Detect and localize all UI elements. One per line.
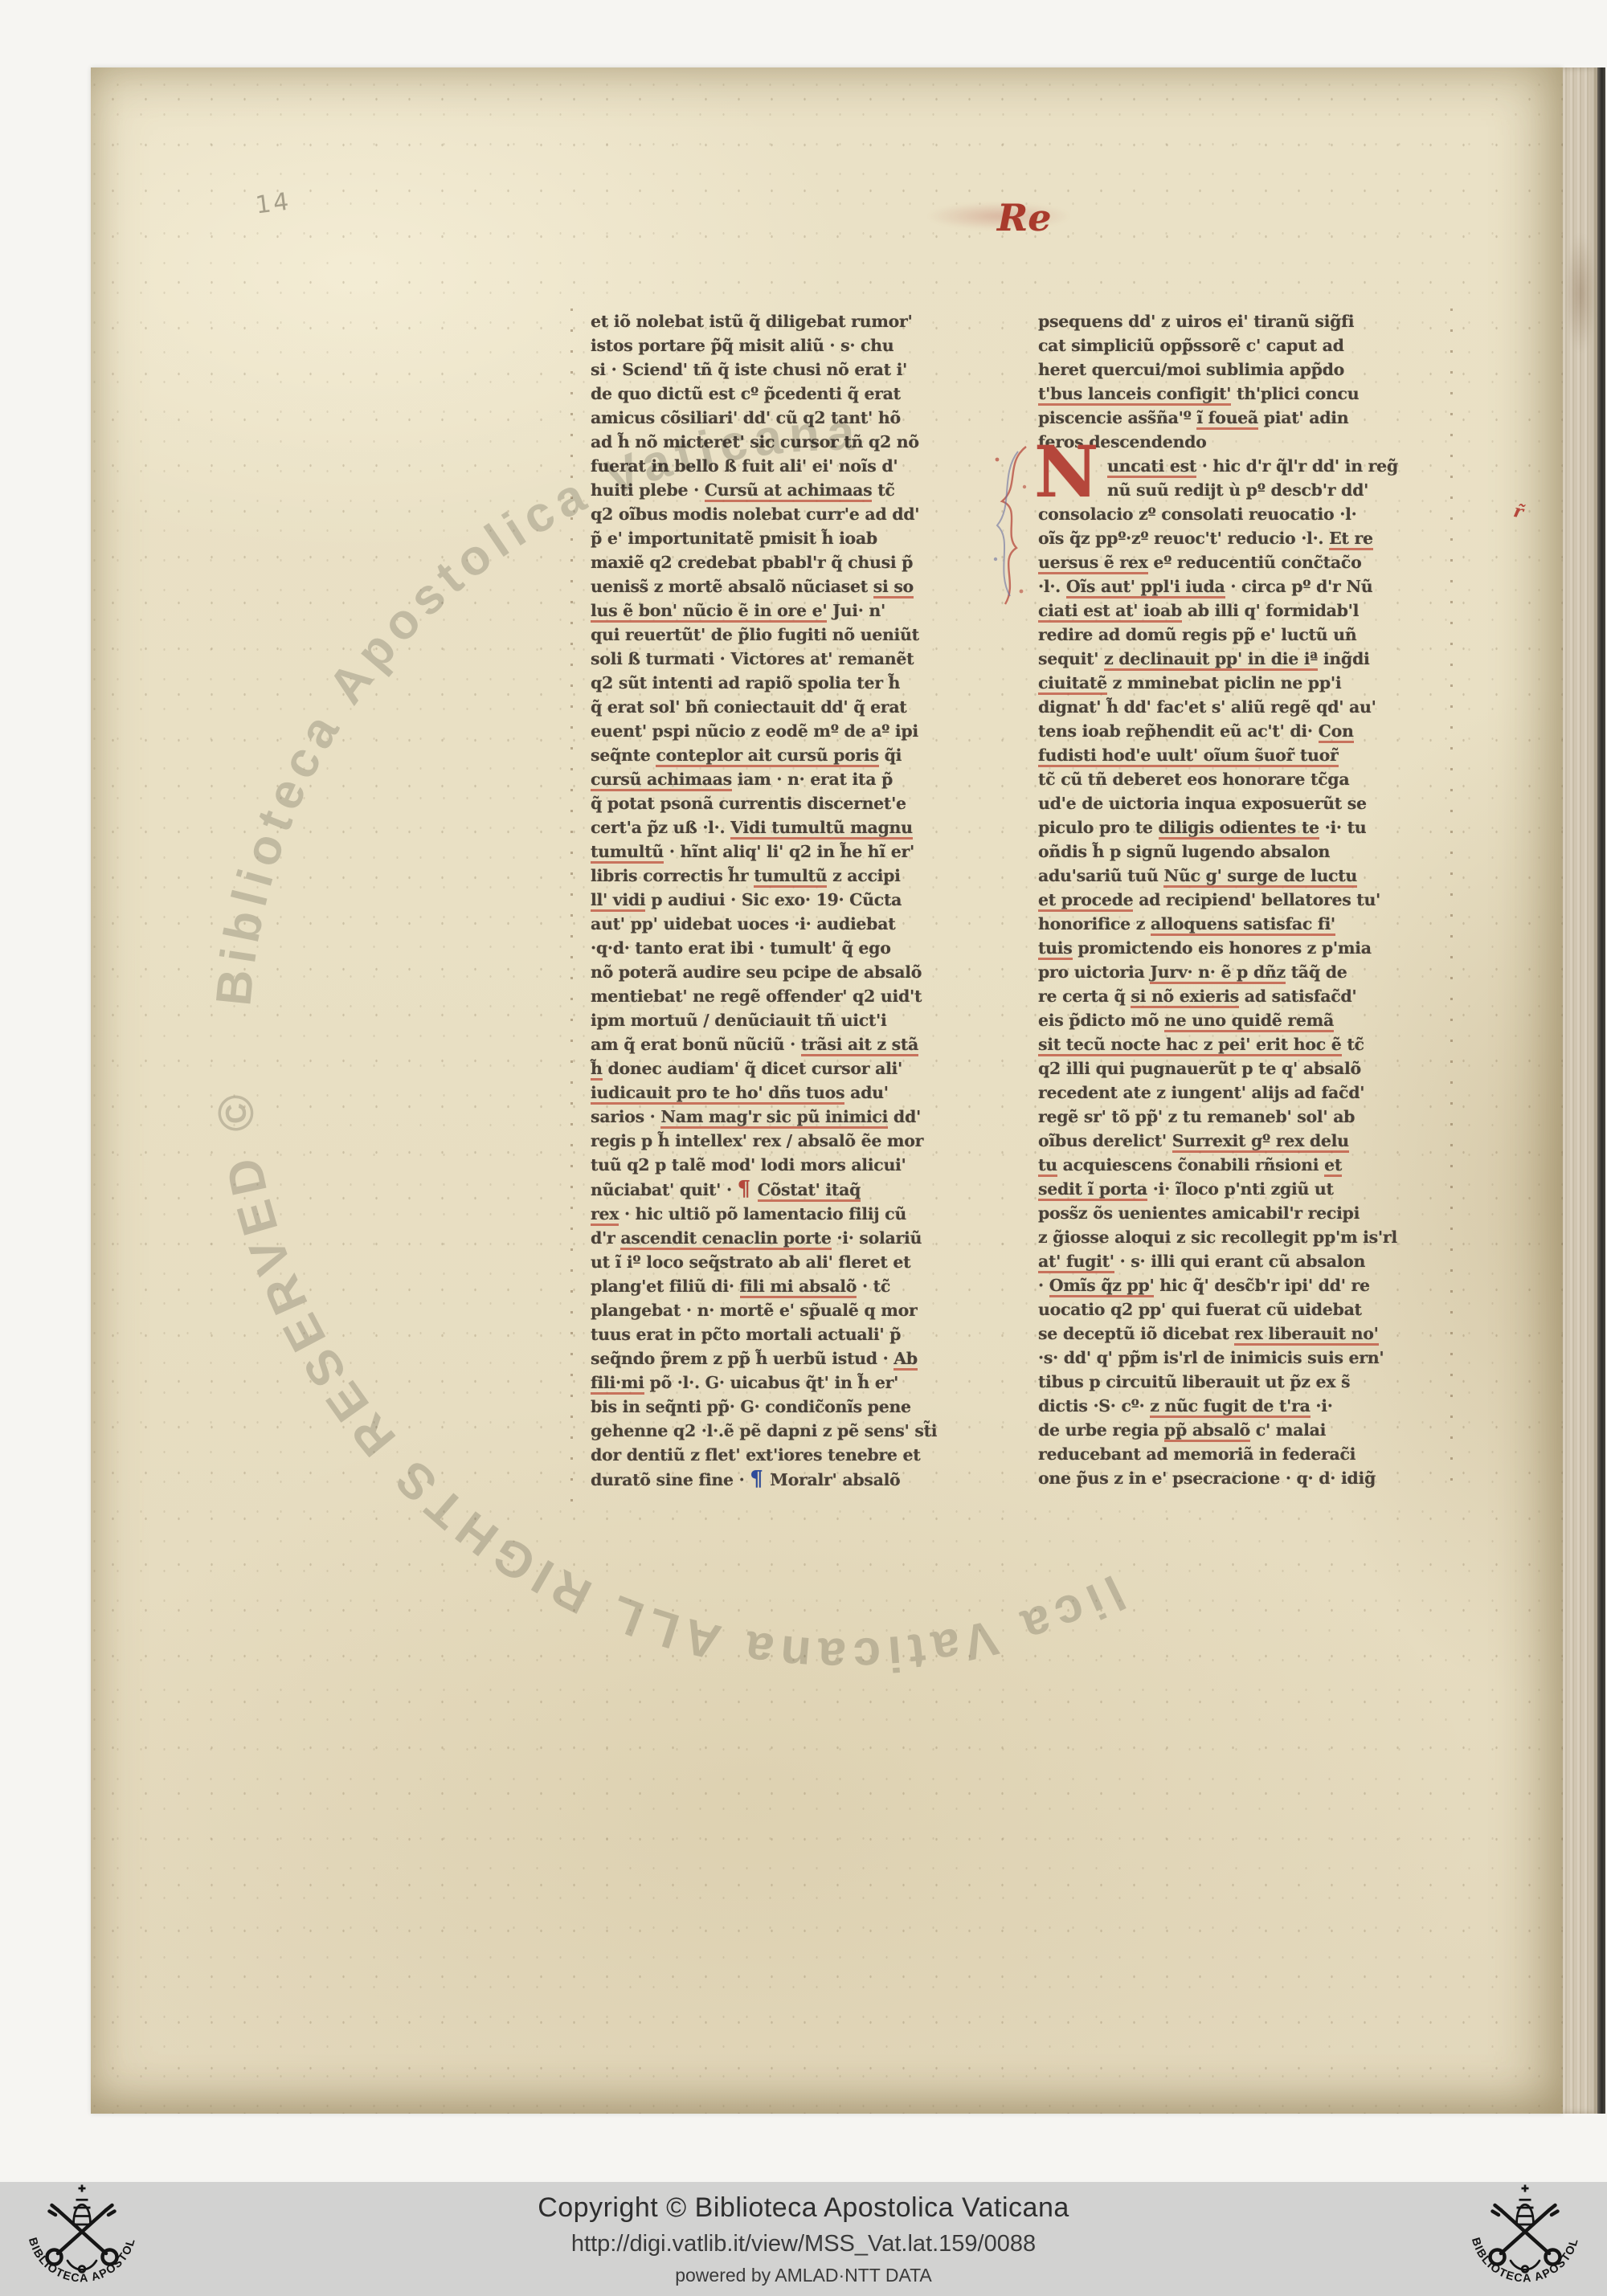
manuscript-text: z accipi (827, 866, 900, 885)
manuscript-line: gehenne q2 ·l·.ẽ pẽ dapni z pẽ sens' … (591, 1419, 967, 1443)
manuscript-text: oñdis h̃ p signũ lugendo absalon (1038, 842, 1330, 861)
rubricated-text: fili·mi (591, 1373, 644, 1395)
rubricated-text: z declinauit pp' in die iª (1104, 649, 1318, 671)
manuscript-line: q2 sũt intenti ad rapiõ spolia ter h̃ (591, 671, 967, 695)
vatican-library-logo-left: BIBLIOTECA APOSTOLICA VATICANA (18, 2184, 146, 2294)
manuscript-text: duratõ sine fine · (591, 1470, 750, 1489)
rubricated-text: tu (1038, 1155, 1057, 1177)
manuscript-text: · hĩnt aliq' li' q2 in h̃e hĩ er' (664, 842, 914, 861)
manuscript-text: plangebat · n· mortẽ e' sp̃ualẽ q mor (591, 1301, 918, 1320)
manuscript-line: fuerat in bello ß fuit ali' ei' noĩs d' (591, 454, 967, 478)
manuscript-line: soli ß turmati · Victores at' remanẽt (591, 647, 967, 671)
manuscript-line: uersus ẽ rex eº reducentiũ conc̃tac̃o (1038, 550, 1414, 574)
manuscript-line: q̃ erat sol' bñ coniectauit dd' q̃ erat (591, 695, 967, 719)
manuscript-text: recedent ate z iungent' alijs ad fac̃d' (1038, 1083, 1364, 1102)
running-header: Re (997, 196, 1052, 239)
manuscript-line: regẽ sr' tõ pp̃' z tu remaneb' sol' ab (1038, 1105, 1414, 1129)
manuscript-line: sarios · Nam mag'r sic pũ inimici dd' (591, 1105, 967, 1129)
rubricated-text: et procede (1038, 890, 1133, 912)
manuscript-line: q̃ potat psonã currentis discernet'e (591, 791, 967, 815)
manuscript-line: seq̃ndo p̃rem z pp̃ h̃ uerbũ istud · Ab (591, 1346, 967, 1371)
manuscript-line: cursũ achimaas iam · n· erat ita p̃ (591, 767, 967, 791)
left-text-column: et iõ nolebat istũ q̃ diligebat rumor'… (591, 309, 967, 1492)
manuscript-line: ·q·d· tanto erat ibi · tumult' q̃ ego (591, 936, 967, 960)
manuscript-text: tc̃ (872, 480, 894, 500)
manuscript-text: q2 illi qui pugnauerũt p te q' absalõ (1038, 1059, 1361, 1078)
manuscript-text: ·s· dd' q' pp̃m is'rl de inimicis suis e… (1038, 1348, 1384, 1367)
manuscript-line: fili·mi põ ·l·. G· uicabus q̃t' in h̃ e… (591, 1371, 967, 1395)
manuscript-line: iudicauit pro te ho' dñs tuos adu' (591, 1081, 967, 1105)
manuscript-text: heret quercui/moi sublimia app̃do (1038, 360, 1344, 379)
rubricated-text: Et re (1329, 529, 1373, 550)
rubricated-text: tumultũ (754, 866, 827, 888)
rubricated-text: Cursũ at achimaas (705, 480, 873, 502)
manuscript-text: dictis ·S· cº· (1038, 1396, 1150, 1416)
manuscript-text: qui reuertũt' de p̃lio fugiti nõ ueniu… (591, 625, 919, 644)
manuscript-text: th'plici concu (1231, 384, 1359, 403)
papal-tiara-icon (1517, 2185, 1534, 2225)
rubricated-text: Nam mag'r sic pũ inimici (660, 1107, 888, 1129)
manuscript-text: põ ·l·. G· uicabus q̃t' in h̃ er' (644, 1373, 898, 1392)
manuscript-line: duratõ sine fine · ¶ Moralr' absalõ (591, 1467, 967, 1492)
manuscript-line: nũciabat' quit' · ¶ Cõstat' itaq̃ (591, 1177, 967, 1202)
manuscript-text: · circa pº d'r Nũ (1225, 577, 1373, 596)
manuscript-text: plang'et filiũ di· (591, 1277, 740, 1296)
rubricated-text: uersus ẽ rex (1038, 553, 1148, 574)
rubricated-text: Omĩs q̃z pp' (1049, 1276, 1155, 1297)
manuscript-text: amicus cõsiliari' dd' cũ q2 tant' hõ (591, 408, 901, 427)
rubricated-text: fili mi absalõ (740, 1277, 857, 1298)
manuscript-text: tuũ q2 p talẽ mod' lodi mors alicui' (591, 1155, 906, 1175)
manuscript-line: oñdis h̃ p signũ lugendo absalon (1038, 840, 1414, 864)
manuscript-text: soli ß turmati · Victores at' remanẽt (591, 649, 914, 668)
manuscript-text: dor dentiũ z flet' ext'iores tenebre et (591, 1445, 920, 1465)
manuscript-text: seq̃ndo p̃rem z pp̃ h̃ uerbũ istud · (591, 1349, 893, 1368)
manuscript-line: amicus cõsiliari' dd' cũ q2 tant' hõ (591, 406, 967, 430)
footer-powered-by: powered by AMLAD·NTT DATA (675, 2265, 932, 2286)
manuscript-line: aut' pp' uidebat uoces ·i· audiebat (591, 912, 967, 936)
rubricated-text: Cõstat' itaq̃ (758, 1180, 861, 1202)
manuscript-text: mentiebat' ne regẽ offender' q2 uid't (591, 987, 922, 1006)
manuscript-text: · (1038, 1276, 1049, 1295)
manuscript-text: · hic ultiõ põ lamentacio filij cũ (619, 1204, 906, 1224)
manuscript-line: de quo dictũ est cº p̃cedenti q̃ erat (591, 382, 967, 406)
rubricated-text: ne uno quidẽ remã (1164, 1011, 1334, 1032)
manuscript-line: sedit ĩ porta ·i· ĩloco p'nti zgiũ ut (1038, 1177, 1414, 1201)
manuscript-line: seq̃nte conteplor ait cursũ poris q̃i (591, 743, 967, 767)
manuscript-text: et iõ nolebat istũ q̃ diligebat rumor' (591, 312, 913, 331)
manuscript-text: tuus erat in pc̃to mortali actuali' p̃ (591, 1325, 901, 1344)
rubricated-text: tumultũ (591, 842, 664, 864)
manuscript-line: dor dentiũ z flet' ext'iores tenebre et (591, 1443, 967, 1467)
manuscript-text: promictendo eis honores z p'mia (1073, 938, 1372, 958)
rubricated-text: rex liberauit no' (1234, 1324, 1378, 1346)
manuscript-line: lus ẽ bon' nũcio ẽ in ore e' Jui· n' (591, 599, 967, 623)
rubricated-text: Con (1319, 721, 1354, 743)
manuscript-line: redire ad domũ regis pp̃ e' luctũ uñ (1038, 623, 1414, 647)
manuscript-line: sit tecũ nocte hac z pei' erit hoc ẽ t… (1038, 1032, 1414, 1056)
manuscript-text: ud'e de uictoria inqua exposuerũt se (1038, 794, 1367, 813)
manuscript-line: tuus erat in pc̃to mortali actuali' p̃ (591, 1322, 967, 1346)
rubricated-text: trãsi ait z stã (801, 1035, 918, 1056)
manuscript-text: Jui· n' (827, 601, 885, 620)
manuscript-text: nũ suũ redijt ù pº descb'r dd' (1107, 480, 1368, 500)
manuscript-line: oĩs q̃z ppº·zº reuoc't' reducio ·l·. Et… (1038, 526, 1414, 550)
manuscript-text: tãq̃ de (1286, 962, 1347, 982)
manuscript-line: bis in seq̃nti pp̃· G· condic̃onĩs pene (591, 1395, 967, 1419)
manuscript-line: rex · hic ultiõ põ lamentacio filij cu… (591, 1202, 967, 1226)
manuscript-text: ·l·. (1038, 577, 1066, 596)
manuscript-line: honorifice z alloquens satisfac fi' (1038, 912, 1414, 936)
manuscript-line: q2 oĩbus modis nolebat curr'e ad dd' (591, 502, 967, 526)
manuscript-text: ·q·d· tanto erat ibi · tumult' q̃ ego (591, 938, 891, 958)
manuscript-line: nõ poterã audire seu pcipe de absalõ (591, 960, 967, 984)
manuscript-line: sequit' z declinauit pp' in die iª ing̃d… (1038, 647, 1414, 671)
manuscript-text: de quo dictũ est cº p̃cedenti q̃ erat (591, 384, 901, 403)
manuscript-text: regẽ sr' tõ pp̃' z tu remaneb' sol' ab (1038, 1107, 1355, 1126)
manuscript-text: adu'sariũ tuũ (1038, 866, 1163, 885)
manuscript-line: uocatio q2 pp' qui fuerat cũ uidebat (1038, 1297, 1414, 1322)
rubricated-text: iudicauit pro te ho' dñs tuos (591, 1083, 844, 1105)
rubricated-text: h̃ (591, 1059, 603, 1081)
manuscript-text: eis p̃dicto mõ (1038, 1011, 1164, 1030)
manuscript-text: oĩbus derelict' (1038, 1131, 1172, 1150)
rubricated-text: lus ẽ bon' nũcio ẽ in ore e' (591, 601, 827, 623)
manuscript-text: gehenne q2 ·l·.ẽ pẽ dapni z pẽ sens' … (591, 1421, 937, 1440)
manuscript-line: cert'a p̃z uß ·l·. Vidi tumultũ magnu (591, 815, 967, 840)
manuscript-line: oĩbus derelict' Surrexit gº rex delu (1038, 1129, 1414, 1153)
manuscript-text: euent' pspi nũcio z eodẽ mº de aº ipi (591, 721, 918, 741)
manuscript-text: one p̃us z in e' psecracione · q· d· idi… (1038, 1469, 1376, 1488)
manuscript-text: seq̃nte (591, 746, 656, 765)
manuscript-text: dd' (888, 1107, 921, 1126)
pilcrow-mark: ¶ (750, 1467, 770, 1491)
pilcrow-mark: ¶ (738, 1177, 758, 1201)
pricking-dots-right (1450, 308, 1453, 1481)
manuscript-text: maxiẽ q2 credebat pbabl'r q̃ chusi p̃ (591, 553, 913, 572)
manuscript-line: ·l·. Oĩs aut' ppl'i iuda · circa pº d'r… (1038, 574, 1414, 599)
manuscript-text: tc̃ (1342, 1035, 1364, 1054)
margin-note: r̃ (1511, 500, 1525, 523)
manuscript-text: oĩs q̃z ppº·zº reuoc't' reducio ·l·. (1038, 529, 1329, 548)
rubricated-text: diligis odientes te (1159, 818, 1319, 840)
manuscript-line: huiti plebe · Cursũ at achimaas tc̃ (591, 478, 967, 502)
manuscript-scan-page: 14 Re et iõ nolebat istũ q̃ diligebat … (0, 0, 1607, 2296)
manuscript-line: · Omĩs q̃z pp' hic q̃' desc̃b'r ipi' dd… (1038, 1273, 1414, 1297)
manuscript-text: eº reducentiũ conc̃tac̃o (1148, 553, 1362, 572)
manuscript-text: aut' pp' uidebat uoces ·i· audiebat (591, 914, 895, 934)
manuscript-text: ·i· ĩloco p'nti zgiũ ut (1147, 1179, 1334, 1199)
rubricated-text: si so (873, 577, 914, 599)
manuscript-text: de urbe regia (1038, 1420, 1164, 1440)
pen-flourish-icon (989, 439, 1032, 623)
manuscript-text: ipm mortuũ / denũciauit tñ uict'i (591, 1011, 887, 1030)
manuscript-text: piat' adin (1258, 408, 1348, 427)
manuscript-text: q̃ erat sol' bñ coniectauit dd' q̃ erat (591, 697, 906, 717)
rubricated-text: Vidi tumultũ magnu (730, 818, 913, 840)
manuscript-line: eis p̃dicto mõ ne uno quidẽ remã (1038, 1008, 1414, 1032)
manuscript-line: ·s· dd' q' pp̃m is'rl de inimicis suis e… (1038, 1346, 1414, 1370)
manuscript-text: ·i· solariũ (832, 1228, 922, 1248)
manuscript-text: istos portare p̃q̃ misit aliũ · s· chu (591, 336, 893, 355)
manuscript-text: z g̃iosse aloqui z sic recollegit pp'm i… (1038, 1228, 1397, 1247)
manuscript-text: re certa q̃ (1038, 987, 1131, 1006)
rubricated-text: fudisti hod'e uult' oĩum s̃uor̃ tuor̃ (1038, 746, 1339, 767)
parchment-folio: 14 Re et iõ nolebat istũ q̃ diligebat … (91, 67, 1563, 2114)
manuscript-line: q2 illi qui pugnauerũt p te q' absalõ (1038, 1056, 1414, 1081)
manuscript-text: tens ioab rep̃hendit eũ ac't' di· (1038, 721, 1319, 741)
manuscript-text: cat simpliciũ opp̃ssorẽ c' caput ad (1038, 336, 1344, 355)
folio-number: 14 (254, 187, 292, 219)
footer-bar: BIBLIOTECA APOSTOLICA VATICANA Copyright… (0, 2182, 1607, 2296)
papal-tiara-icon (74, 2185, 91, 2225)
rubricated-text: at' fugit' (1038, 1252, 1114, 1273)
manuscript-line: tumultũ · hĩnt aliq' li' q2 in h̃e hĩ… (591, 840, 967, 864)
manuscript-line: cat simpliciũ opp̃ssorẽ c' caput ad (1038, 333, 1414, 357)
manuscript-line: qui reuertũt' de p̃lio fugiti nõ ueniu… (591, 623, 967, 647)
rubricated-text: sedit ĩ porta (1038, 1179, 1147, 1201)
manuscript-line: ciuitatẽ z mminebat piclin ne pp'i (1038, 671, 1414, 695)
manuscript-text: d'r (591, 1228, 620, 1248)
manuscript-line: one p̃us z in e' psecracione · q· d· idi… (1038, 1466, 1414, 1490)
manuscript-text: uocatio q2 pp' qui fuerat cũ uidebat (1038, 1300, 1362, 1319)
rubricated-text: conteplor ait cursũ poris (656, 746, 878, 767)
manuscript-text: si · Sciend' tñ q̃ iste chusi nõ erat … (591, 360, 907, 379)
manuscript-line: ud'e de uictoria inqua exposuerũt se (1038, 791, 1414, 815)
manuscript-line: re certa q̃ si nõ exieris ad satisfac̃d… (1038, 984, 1414, 1008)
manuscript-text: q2 sũt intenti ad rapiõ spolia ter h̃ (591, 673, 900, 692)
manuscript-text: huiti plebe · (591, 480, 705, 500)
manuscript-text: ·i· (1311, 1396, 1333, 1416)
rubricated-text: ciuitatẽ (1038, 673, 1107, 695)
manuscript-text: tc̃ cũ tñ deberet eos honorare tc̃ga (1038, 770, 1349, 789)
manuscript-line: maxiẽ q2 credebat pbabl'r q̃ chusi p̃ (591, 550, 967, 574)
manuscript-line: de urbe regia pp̃ absalõ c' malai (1038, 1418, 1414, 1442)
manuscript-text: ad recipiend' bellatores tu' (1133, 890, 1380, 909)
manuscript-line: poss̃z õs uenientes amicabil'r recipi (1038, 1201, 1414, 1225)
manuscript-line: fudisti hod'e uult' oĩum s̃uor̃ tuor̃ (1038, 743, 1414, 767)
manuscript-text: p audiui · Sic exo· 19· Cũcta (645, 890, 902, 909)
rubricated-text: rex (591, 1204, 619, 1226)
manuscript-line: tuis promictendo eis honores z p'mia (1038, 936, 1414, 960)
manuscript-line: euent' pspi nũcio z eodẽ mº de aº ipi (591, 719, 967, 743)
manuscript-text: ad h̃ nõ micteret' sic cursor tñ q2 no… (591, 432, 919, 451)
rubricated-text: ll' vidi (591, 890, 645, 912)
manuscript-line: tibus p circuitũ liberauit ut p̃z ex s̃ (1038, 1370, 1414, 1394)
manuscript-line: piscencie ass̃ña'º ĩ foueã piat' adin (1038, 406, 1414, 430)
manuscript-text: Moralr' absalõ (770, 1470, 900, 1489)
manuscript-text: fuerat in bello ß fuit ali' ei' noĩs d' (591, 456, 898, 476)
manuscript-line: t'bus lanceis configit' th'plici concu (1038, 382, 1414, 406)
manuscript-line: tuũ q2 p talẽ mod' lodi mors alicui' (591, 1153, 967, 1177)
manuscript-text: cert'a p̃z uß ·l·. (591, 818, 730, 837)
manuscript-line: si · Sciend' tñ q̃ iste chusi nõ erat … (591, 357, 967, 382)
manuscript-text: p̃ e' importunitatẽ pmisit h̃ ioab (591, 529, 877, 548)
rubricated-text: cursũ achimaas (591, 770, 732, 791)
manuscript-text: bis in seq̃nti pp̃· G· condic̃onĩs pene (591, 1397, 911, 1416)
manuscript-line: tens ioab rep̃hendit eũ ac't' di· Con (1038, 719, 1414, 743)
manuscript-text: nũciabat' quit' · (591, 1180, 738, 1199)
manuscript-text: sequit' (1038, 649, 1104, 668)
rubricated-text: sit tecũ nocte hac z pei' erit hoc ẽ (1038, 1035, 1342, 1056)
rubricated-text: Ab (893, 1349, 918, 1371)
manuscript-line: psequens dd' z uiros ei' tiranũ sig̃fi (1038, 309, 1414, 333)
manuscript-text: · hic d'r q̃l'r dd' in reg̃ (1196, 456, 1398, 476)
rubricated-text: si nõ exieris (1131, 987, 1239, 1008)
rubricated-text: et (1324, 1155, 1342, 1177)
manuscript-text: regis p h̃ intellex' rex / absalõ ẽe m… (591, 1131, 923, 1150)
manuscript-line: heret quercui/moi sublimia app̃do (1038, 357, 1414, 382)
manuscript-text: tibus p circuitũ liberauit ut p̃z ex s̃ (1038, 1372, 1350, 1391)
manuscript-line: ll' vidi p audiui · Sic exo· 19· Cũcta (591, 888, 967, 912)
rubricated-text: t'bus lanceis configit' (1038, 384, 1231, 406)
manuscript-line: plang'et filiũ di· fili mi absalõ · tc… (591, 1274, 967, 1298)
manuscript-line: pro uictoria Jurv· n· ẽ p dñz tãq̃ de (1038, 960, 1414, 984)
manuscript-text: am q̃ erat bonũ nũciũ · (591, 1035, 801, 1054)
manuscript-text: piscencie ass̃ña'º (1038, 408, 1196, 427)
manuscript-text: se deceptũ iõ dicebat (1038, 1324, 1234, 1343)
manuscript-text: z mminebat piclin ne pp'i (1107, 673, 1342, 692)
manuscript-line: regis p h̃ intellex' rex / absalõ ẽe m… (591, 1129, 967, 1153)
manuscript-text: sarios · (591, 1107, 660, 1126)
manuscript-line: ciati est at' ioab ab illi q' formidab'l (1038, 599, 1414, 623)
manuscript-line: dignat' h̃ dd' fac'et s' aliũ regẽ qd'… (1038, 695, 1414, 719)
manuscript-text: q̃ potat psonã currentis discernet'e (591, 794, 906, 813)
manuscript-text: ut ĩ iº loco seq̃strato ab ali' fleret … (591, 1252, 910, 1272)
footer-url: http://digi.vatlib.it/view/MSS_Vat.lat.1… (571, 2231, 1036, 2257)
rubricated-text: ciati est at' ioab (1038, 601, 1182, 623)
manuscript-line: mentiebat' ne regẽ offender' q2 uid't (591, 984, 967, 1008)
manuscript-line: at' fugit' · s· illi qui erant cũ absal… (1038, 1249, 1414, 1273)
manuscript-line: z g̃iosse aloqui z sic recollegit pp'm i… (1038, 1225, 1414, 1249)
manuscript-text: ·i· tu (1319, 818, 1367, 837)
manuscript-text: pro uictoria (1038, 962, 1150, 982)
manuscript-line: et procede ad recipiend' bellatores tu' (1038, 888, 1414, 912)
manuscript-text: psequens dd' z uiros ei' tiranũ sig̃fi (1038, 312, 1354, 331)
manuscript-text: adu' (844, 1083, 888, 1102)
manuscript-text: ab illi q' formidab'l (1182, 601, 1359, 620)
manuscript-text: honorifice z (1038, 914, 1151, 934)
vatican-library-logo-right: BIBLIOTECA APOSTOLICA VATICANA (1461, 2184, 1589, 2294)
manuscript-text: nõ poterã audire seu pcipe de absalõ (591, 962, 922, 982)
rubricated-text: ascendit cenaclin porte (620, 1228, 831, 1250)
manuscript-line: ad h̃ nõ micteret' sic cursor tñ q2 no… (591, 430, 967, 454)
manuscript-text: libris correctis h̃r (591, 866, 754, 885)
manuscript-line: se deceptũ iõ dicebat rex liberauit no… (1038, 1322, 1414, 1346)
manuscript-line: am q̃ erat bonũ nũciũ · trãsi ait z … (591, 1032, 967, 1056)
manuscript-line: istos portare p̃q̃ misit aliũ · s· chu (591, 333, 967, 357)
book-fore-edge (1563, 67, 1599, 2114)
manuscript-text: c' malai (1250, 1420, 1326, 1440)
manuscript-text: ad satisfac̃d' (1239, 987, 1357, 1006)
manuscript-text: acquiescens c̃onabili rñsioni (1057, 1155, 1324, 1175)
manuscript-text: iam · n· erat ita p̃ (732, 770, 893, 789)
manuscript-text: q2 oĩbus modis nolebat curr'e ad dd' (591, 505, 919, 524)
manuscript-text: ueniss̃ z mortẽ absalõ nũciaset (591, 577, 873, 596)
manuscript-line: piculo pro te diligis odientes te ·i· tu (1038, 815, 1414, 840)
manuscript-text: q̃i (879, 746, 902, 765)
footer-copyright: Copyright © Biblioteca Apostolica Vatica… (538, 2192, 1069, 2224)
manuscript-line: ueniss̃ z mortẽ absalõ nũciaset si so (591, 574, 967, 599)
manuscript-line: p̃ e' importunitatẽ pmisit h̃ ioab (591, 526, 967, 550)
manuscript-line: d'r ascendit cenaclin porte ·i· solariũ (591, 1226, 967, 1250)
rubricated-text: tuis (1038, 938, 1073, 960)
rubricated-text: Nũc g' surge de luctu (1163, 866, 1357, 888)
rubricated-text: pp̃ absalõ (1164, 1420, 1250, 1442)
manuscript-text: poss̃z õs uenientes amicabil'r recipi (1038, 1203, 1360, 1223)
rubricated-text: ĩ foueã (1196, 408, 1258, 430)
rubricated-text: Oĩs aut' ppl'i iuda (1066, 577, 1225, 599)
manuscript-line: dictis ·S· cº· z nũc fugit de t'ra ·i· (1038, 1394, 1414, 1418)
manuscript-text: redire ad domũ regis pp̃ e' luctũ uñ (1038, 625, 1356, 644)
manuscript-text: ing̃di (1318, 649, 1370, 668)
rubricated-text: Jurv· n· ẽ p dñz (1150, 962, 1286, 984)
book-gutter-shadow (1597, 67, 1605, 2114)
manuscript-line: ipm mortuũ / denũciauit tñ uict'i (591, 1008, 967, 1032)
manuscript-text: · s· illi qui erant cũ absalon (1114, 1252, 1365, 1271)
manuscript-text: · tc̃ (857, 1277, 890, 1296)
pricking-dots-left (570, 308, 573, 1514)
fore-edge-smudge (1565, 233, 1596, 353)
manuscript-line: libris correctis h̃r tumultũ z accipi (591, 864, 967, 888)
manuscript-line: recedent ate z iungent' alijs ad fac̃d' (1038, 1081, 1414, 1105)
rubricated-text: alloquens satisfac fi' (1151, 914, 1335, 936)
decorated-initial-N: N (1034, 444, 1098, 500)
manuscript-line: ut ĩ iº loco seq̃strato ab ali' fleret … (591, 1250, 967, 1274)
manuscript-line: plangebat · n· mortẽ e' sp̃ualẽ q mor (591, 1298, 967, 1322)
footer-text-block: Copyright © Biblioteca Apostolica Vatica… (538, 2192, 1069, 2286)
manuscript-text: reducebant ad memoriã in federac̃i (1038, 1444, 1356, 1464)
manuscript-line: h̃ donec audiam' q̃ dicet cursor ali' (591, 1056, 967, 1081)
manuscript-line: tu acquiescens c̃onabili rñsioni et (1038, 1153, 1414, 1177)
manuscript-line: tc̃ cũ tñ deberet eos honorare tc̃ga (1038, 767, 1414, 791)
manuscript-line: et iõ nolebat istũ q̃ diligebat rumor' (591, 309, 967, 333)
rubricated-text: Surrexit gº rex delu (1172, 1131, 1349, 1153)
manuscript-text: hic q̃' desc̃b'r ipi' dd' re (1154, 1276, 1369, 1295)
manuscript-text: dignat' h̃ dd' fac'et s' aliũ regẽ qd'… (1038, 697, 1376, 717)
manuscript-line: adu'sariũ tuũ Nũc g' surge de luctu (1038, 864, 1414, 888)
rubricated-text: z nũc fugit de t'ra (1150, 1396, 1310, 1418)
manuscript-text: donec audiam' q̃ dicet cursor ali' (603, 1059, 902, 1078)
manuscript-line: reducebant ad memoriã in federac̃i (1038, 1442, 1414, 1466)
rubricated-text: uncati est (1107, 456, 1196, 478)
manuscript-text: piculo pro te (1038, 818, 1159, 837)
